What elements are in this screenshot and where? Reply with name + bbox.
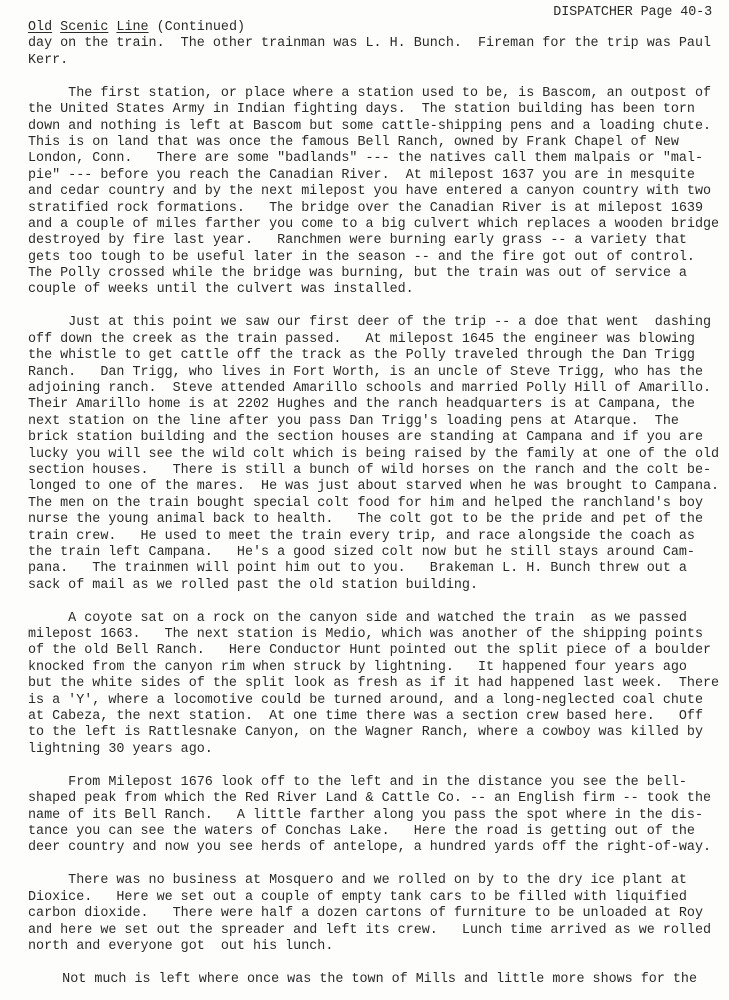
article-title: Old Scenic Line (Continued) xyxy=(28,20,728,36)
text-line: Kerr. xyxy=(28,53,728,69)
text-line: gets too tough to be useful later in the… xyxy=(28,250,728,266)
text-line: and a couple of miles farther you come t… xyxy=(28,217,728,233)
text-line: but the white sides of the split look as… xyxy=(28,676,728,692)
text-line: is a 'Y', where a locomotive could be tu… xyxy=(28,693,728,709)
paragraph: There was no business at Mosquero and we… xyxy=(28,873,728,955)
text-line: name of its Bell Ranch. A little farther… xyxy=(28,808,728,824)
paragraph: Not much is left where once was the town… xyxy=(28,972,728,988)
text-line: sack of mail as we rolled past the old s… xyxy=(28,578,728,594)
text-line: north and everyone got out his lunch. xyxy=(28,939,728,955)
text-line: The Polly crossed while the bridge was b… xyxy=(28,266,728,282)
text-line: couple of weeks until the culvert was in… xyxy=(28,282,728,298)
article-body: Old Scenic Line (Continued) day on the t… xyxy=(28,20,728,1000)
text-line: down and nothing is left at Bascom but s… xyxy=(28,119,728,135)
text-line: section houses. There is still a bunch o… xyxy=(28,463,728,479)
text-line: milepost 1663. The next station is Medio… xyxy=(28,627,728,643)
text-line: of the old Bell Ranch. Here Conductor Hu… xyxy=(28,643,728,659)
text-line: destroyed by fire last year. Ranchmen we… xyxy=(28,233,728,249)
text-line: London, Conn. There are some "badlands" … xyxy=(28,151,728,167)
paragraph: Just at this point we saw our first deer… xyxy=(28,315,728,594)
text-line: deer country and now you see herds of an… xyxy=(28,840,728,856)
text-line: From Milepost 1676 look off to the left … xyxy=(28,775,728,791)
text-line: lucky you will see the wild colt which i… xyxy=(28,447,728,463)
paragraph: From Milepost 1676 look off to the left … xyxy=(28,775,728,857)
text-line: and here we set out the spreader and lef… xyxy=(28,923,728,939)
text-line: adjoining ranch. Steve attended Amarillo… xyxy=(28,381,728,397)
text-line: brick station building and the section h… xyxy=(28,430,728,446)
text-line: day on the train. The other trainman was… xyxy=(28,36,728,52)
page-number: Page 40-3 xyxy=(641,5,712,20)
title-continued: (Continued) xyxy=(157,20,245,35)
title-word: Scenic xyxy=(60,20,108,35)
text-line: and cedar country and by the next milepo… xyxy=(28,184,728,200)
document-page: DISPATCHER Page 40-3 Old Scenic Line (Co… xyxy=(0,0,729,1000)
paragraph: The first station, or place where a stat… xyxy=(28,86,728,299)
text-line: the train left Campana. He's a good size… xyxy=(28,545,728,561)
paragraph: A coyote sat on a rock on the canyon sid… xyxy=(28,611,728,759)
text-line: longed to one of the mares. He was just … xyxy=(28,479,728,495)
text-line: train crew. He used to meet the train ev… xyxy=(28,529,728,545)
text-line: to the left is Rattlesnake Canyon, on th… xyxy=(28,725,728,741)
text-line: tance you can see the waters of Conchas … xyxy=(28,824,728,840)
text-line: Just at this point we saw our first deer… xyxy=(28,315,728,331)
text-line: Dioxice. Here we set out a couple of emp… xyxy=(28,890,728,906)
text-line: carbon dioxide. There were half a dozen … xyxy=(28,906,728,922)
paragraph: day on the train. The other trainman was… xyxy=(28,36,728,69)
text-line: pie" --- before you reach the Canadian R… xyxy=(28,168,728,184)
text-line: There was no business at Mosquero and we… xyxy=(28,873,728,889)
text-line: The men on the train bought special colt… xyxy=(28,496,728,512)
text-line: pana. The trainmen will point him out to… xyxy=(28,561,728,577)
text-line: Ranch. Dan Trigg, who lives in Fort Wort… xyxy=(28,365,728,381)
page-header: DISPATCHER Page 40-3 xyxy=(553,5,712,21)
text-line: the United States Army in Indian fightin… xyxy=(28,102,728,118)
publication-name: DISPATCHER xyxy=(553,5,632,20)
text-line: the whistle to get cattle off the track … xyxy=(28,348,728,364)
text-line: Not much is left where once was the town… xyxy=(22,972,728,988)
text-line: off down the creek as the train passed. … xyxy=(28,332,728,348)
text-line: lightning 30 years ago. xyxy=(28,742,728,758)
text-line: next station on the line after you pass … xyxy=(28,414,728,430)
text-line: This is on land that was once the famous… xyxy=(28,135,728,151)
article-paragraphs: day on the train. The other trainman was… xyxy=(28,36,728,988)
text-line: stratified rock formations. The bridge o… xyxy=(28,201,728,217)
text-line: knocked from the canyon rim when struck … xyxy=(28,660,728,676)
title-word: Line xyxy=(116,20,148,35)
text-line: shaped peak from which the Red River Lan… xyxy=(28,791,728,807)
title-word: Old xyxy=(28,20,52,35)
text-line: The first station, or place where a stat… xyxy=(28,86,728,102)
text-line: nurse the young animal back to health. T… xyxy=(28,512,728,528)
text-line: at Cabeza, the next station. At one time… xyxy=(28,709,728,725)
text-line: Their Amarillo home is at 2202 Hughes an… xyxy=(28,397,728,413)
text-line: A coyote sat on a rock on the canyon sid… xyxy=(28,611,728,627)
